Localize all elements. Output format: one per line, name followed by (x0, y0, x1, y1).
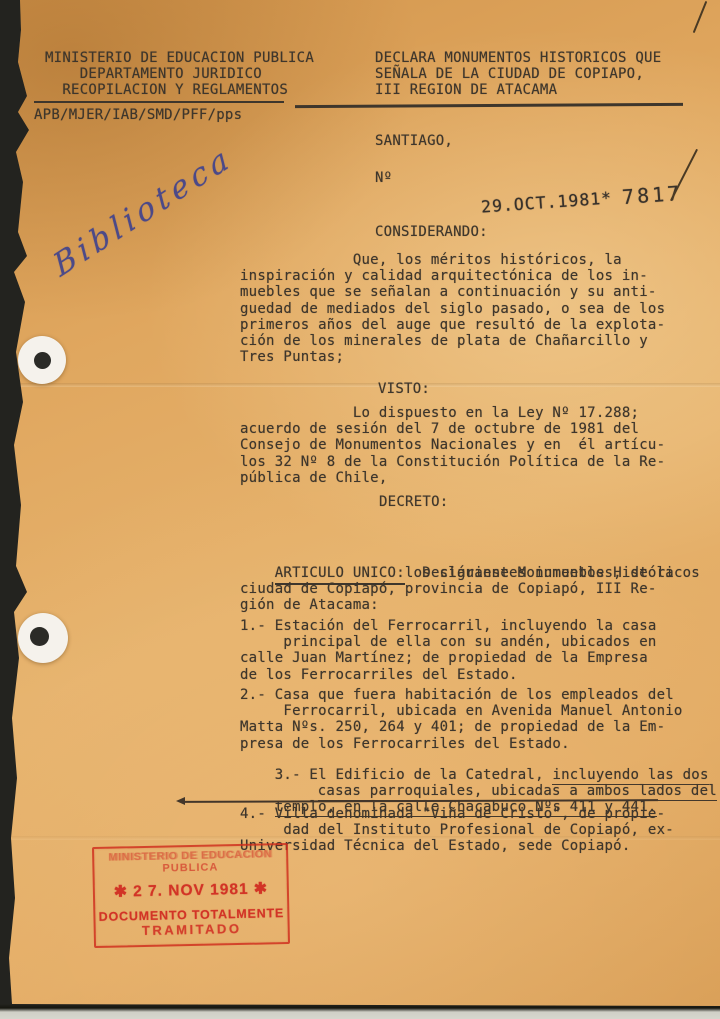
visto-paragraph: Lo dispuesto en la Ley Nº 17.288; acuerd… (240, 405, 665, 486)
fold-crease (0, 383, 720, 387)
monument-item-1: 1.- Estación del Ferrocarril, incluyendo… (240, 618, 657, 683)
pen-check-mark (670, 149, 698, 202)
visto-heading: VISTO: (378, 381, 430, 397)
punch-hole-bottom (30, 627, 49, 646)
reference-code: APB/MJER/IAB/SMD/PFF/pps (34, 107, 242, 123)
decree-subject: DECLARA MONUMENTOS HISTORICOS QUE SEÑALA… (375, 50, 661, 99)
considerando-paragraph: Que, los méritos históricos, la inspirac… (240, 252, 665, 365)
considerando-heading: CONSIDERANDO: (375, 224, 488, 240)
stamp-tramitado-line: TRAMITADO (96, 920, 288, 939)
subject-underline (295, 103, 683, 108)
monument-item-2: 2.- Casa que fuera habitación de los emp… (240, 687, 683, 752)
pen-corner-mark (693, 1, 708, 33)
tramitado-stamp: MINISTERIO DE EDUCACION PUBLICA ✱ 2 7. N… (92, 843, 290, 948)
articulo-unico-continuation: los siguientes inmuebles, de la ciudad d… (240, 565, 674, 614)
monument-item-4: 4.- Villa denominada "Viña de Cristo", d… (240, 806, 674, 855)
decree-number-label: Nº (375, 170, 392, 186)
scanned-document-page: MINISTERIO DE EDUCACION PUBLICA DEPARTAM… (0, 0, 720, 1006)
letterhead-underline (34, 101, 284, 103)
letterhead-department: MINISTERIO DE EDUCACION PUBLICA DEPARTAM… (45, 50, 314, 99)
stamp-date: ✱ 2 7. NOV 1981 ✱ (95, 879, 287, 902)
decreto-heading: DECRETO: (379, 494, 448, 510)
handwritten-biblioteca-note: Biblioteca (48, 138, 238, 284)
date-received-stamp: 29.OCT.1981* (480, 188, 612, 216)
punch-hole-top (34, 352, 51, 369)
pen-underline-arrowhead (176, 797, 185, 805)
city-line: SANTIAGO, (375, 133, 453, 149)
